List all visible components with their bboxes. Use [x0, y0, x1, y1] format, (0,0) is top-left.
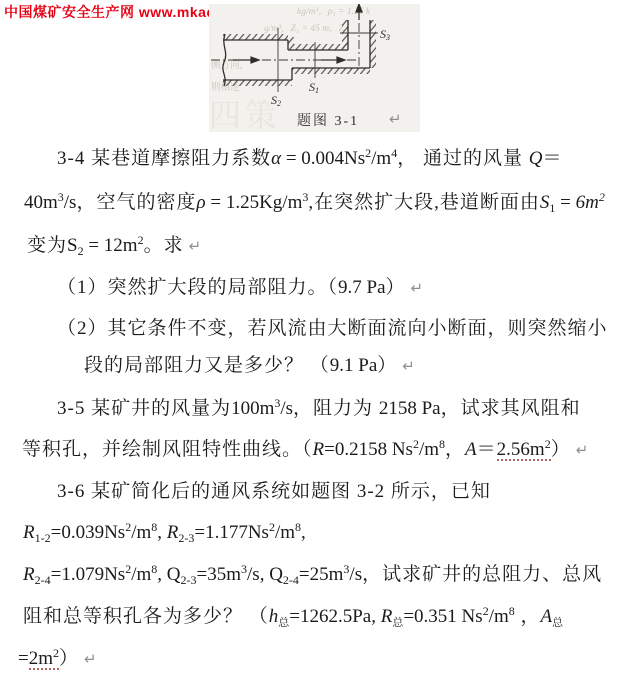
text-segment: , [301, 522, 306, 543]
text-segment: 3-5 某矿井的风量为 [57, 398, 231, 419]
text-segment: 2 [365, 146, 371, 160]
text-segment: 。求 [144, 235, 184, 256]
text-segment: ， [515, 606, 541, 627]
text-segment: =35m [197, 564, 242, 585]
text-segment: 4 [391, 146, 397, 160]
text-segment: 2-4 [35, 573, 51, 587]
text-segment: /m [131, 564, 151, 585]
text-segment: 2158 Pa [379, 398, 441, 419]
text-segment: A [541, 606, 553, 627]
text-segment: 100m [231, 398, 274, 419]
text-segment: /s [247, 564, 260, 585]
text-segment: α [271, 148, 281, 169]
text-segment: =1.079Ns [51, 564, 126, 585]
text-line: 40m3/s，空气的密度ρ = 1.25Kg/m3,在突然扩大段,巷道断面由S1… [24, 190, 605, 217]
text-segment: ρ [196, 192, 205, 213]
text-segment: =25m [299, 564, 344, 585]
text-segment: 8 [295, 520, 301, 534]
text-segment: 2 [78, 244, 84, 258]
text-segment: R [313, 439, 325, 460]
text-segment: /m [275, 522, 295, 543]
text-segment: 6m [576, 192, 599, 213]
text-line: 3-6 某矿简化后的通风系统如题图 3-2 所示，已知 [57, 479, 491, 506]
text-segment: 9.7 Pa [338, 277, 386, 298]
text-line: 段的局部阻力又是多少？ （9.1 Pa）↵ [84, 353, 415, 380]
text-segment: /s [349, 564, 362, 585]
text-segment: 2 [53, 646, 59, 660]
text-segment: 8 [509, 604, 515, 618]
text-segment: 总 [392, 617, 403, 629]
text-segment: 2 [599, 190, 605, 204]
text-line: （1）突然扩大段的局部阻力。（9.7 Pa）↵ [57, 275, 423, 302]
text-segment: 总 [278, 617, 289, 629]
text-segment: ↵ [571, 441, 589, 459]
text-segment: /s [64, 192, 77, 213]
text-body: 3-4 某巷道摩擦阻力系数α = 0.004Ns2/m4， 通过的风量 Q＝40… [0, 0, 623, 683]
text-segment: ,在突然扩大段,巷道断面由 [308, 192, 540, 213]
text-segment: =0.2158 Ns [324, 439, 413, 460]
text-segment: , Q [157, 564, 180, 585]
text-segment: ↵ [184, 237, 202, 255]
text-segment: 总 [552, 617, 563, 629]
text-segment: 9.1 Pa [330, 355, 378, 376]
text-segment: ，阻力为 [293, 398, 379, 419]
text-segment: 8 [439, 437, 445, 451]
text-segment: 8 [151, 520, 157, 534]
text-segment: ↵ [397, 357, 415, 375]
text-segment: A [465, 439, 477, 460]
text-segment: 2m [29, 648, 53, 669]
text-segment: ） [377, 355, 397, 376]
text-segment: 2m2 [29, 651, 59, 670]
text-segment: R [167, 522, 179, 543]
text-segment: 3-4 某巷道摩擦阻力系数 [57, 148, 271, 169]
text-segment: 40m [24, 192, 58, 213]
text-segment: 2 [125, 562, 131, 576]
document-page: 中国煤矿安全生产网 www.mkaq.org kg/m³，ρ₁ = 1.25 k… [0, 0, 623, 683]
text-segment: /m [489, 606, 509, 627]
text-line: R1-2=0.039Ns2/m8, R2-3=1.177Ns2/m8, [23, 520, 306, 547]
text-segment: /m [371, 148, 391, 169]
text-segment: 2 [269, 520, 275, 534]
text-line: 3-4 某巷道摩擦阻力系数α = 0.004Ns2/m4， 通过的风量 Q＝ [57, 146, 562, 173]
text-segment: 段的局部阻力又是多少？ （ [84, 355, 330, 376]
text-segment: , Q [260, 564, 283, 585]
text-segment: 变为 [27, 235, 67, 256]
text-segment: 2.56m2 [497, 442, 551, 461]
text-segment: 2 [483, 604, 489, 618]
text-segment: ↵ [79, 650, 97, 668]
text-segment: R [376, 606, 392, 627]
text-segment: = 0.004Ns [281, 148, 365, 169]
text-segment: 3 [343, 562, 349, 576]
text-line: （2）其它条件不变，若风流由大断面流向小断面，则突然缩小 [57, 316, 608, 343]
text-segment: ，空气的密度 [76, 192, 196, 213]
text-segment: 3 [302, 190, 308, 204]
text-segment: S [67, 235, 78, 256]
text-line: 阻和总等积孔各为多少？ （h总=1262.5Pa, R总=0.351 Ns2/m… [23, 604, 563, 632]
text-segment: R [23, 564, 35, 585]
text-segment: = 12m [84, 235, 138, 256]
text-segment: Q [529, 148, 543, 169]
text-segment: 2 [545, 437, 551, 451]
text-segment: /m [131, 522, 151, 543]
text-segment: , [157, 522, 167, 543]
text-segment: ） [551, 439, 571, 460]
text-segment: 8 [151, 562, 157, 576]
text-segment: =0.351 Ns [403, 606, 482, 627]
text-segment: （2）其它条件不变，若风流由大断面流向小断面，则突然缩小 [57, 318, 608, 339]
text-line: R2-4=1.079Ns2/m8, Q2-3=35m3/s, Q2-4=25m3… [23, 562, 602, 589]
text-segment: h [269, 606, 279, 627]
text-segment: 3-6 某矿简化后的通风系统如题图 3-2 所示，已知 [57, 481, 491, 502]
text-segment: ↵ [406, 279, 424, 297]
text-segment: =1262.5Pa, [289, 606, 376, 627]
text-segment: S [540, 192, 550, 213]
text-segment: R [23, 522, 35, 543]
text-segment: = 1.25Kg/m [206, 192, 303, 213]
text-line: =2m2）↵ [18, 646, 97, 673]
text-segment: =1.177Ns [194, 522, 269, 543]
text-segment: 1 [549, 201, 555, 215]
text-segment: ， [445, 439, 465, 460]
text-segment: ，试求其风阻和 [441, 398, 581, 419]
text-segment: 2.56m [497, 439, 545, 460]
text-segment: ） [59, 648, 79, 669]
text-segment: 3 [58, 190, 64, 204]
text-segment: 2 [138, 233, 144, 247]
text-line: 3-5 某矿井的风量为100m3/s，阻力为 2158 Pa，试求其风阻和 [57, 396, 581, 423]
text-segment: = [18, 648, 29, 669]
text-segment: 3 [274, 396, 280, 410]
text-segment: ＝ [542, 148, 562, 169]
text-segment: /m [419, 439, 439, 460]
text-segment: 阻和总等积孔各为多少？ （ [23, 606, 269, 627]
text-segment: ，试求矿井的总阻力、总风 [362, 564, 602, 585]
text-segment: 2 [125, 520, 131, 534]
text-segment: /s [280, 398, 293, 419]
text-segment: 等积孔，并绘制风阻特性曲线。（ [22, 439, 313, 460]
text-segment: 2 [413, 437, 419, 451]
text-segment: 1-2 [35, 531, 51, 545]
text-line: 等积孔，并绘制风阻特性曲线。（R=0.2158 Ns2/m8，A＝2.56m2）… [22, 437, 588, 464]
text-segment: = [555, 192, 575, 213]
text-segment: 2-3 [178, 531, 194, 545]
text-segment: 2-3 [181, 573, 197, 587]
text-line: 变为S2 = 12m2。求↵ [27, 233, 201, 260]
text-segment: =0.039Ns [51, 522, 126, 543]
text-segment: 3 [241, 562, 247, 576]
text-segment: ， 通过的风量 [397, 148, 529, 169]
text-segment: （1）突然扩大段的局部阻力。（ [57, 277, 338, 298]
text-segment: ） [386, 277, 406, 298]
text-segment: ＝ [477, 439, 497, 460]
text-segment: 2-4 [283, 573, 299, 587]
